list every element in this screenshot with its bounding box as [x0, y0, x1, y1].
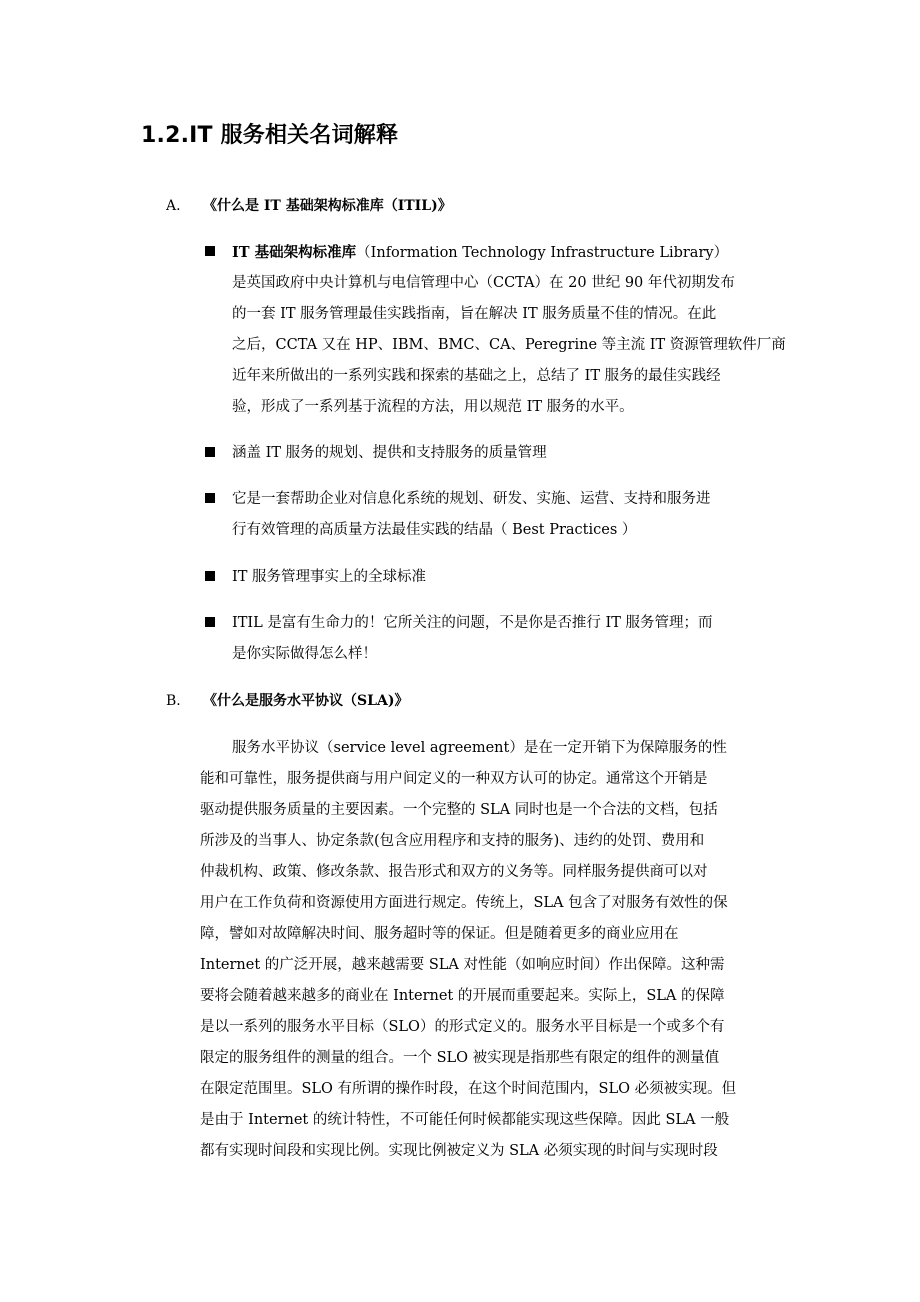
bullet-line: 的一套 IT 服务管理最佳实践指南，旨在解决 IT 服务质量不佳的情况。在此 — [232, 299, 786, 330]
bullet-line: 是英国政府中央计算机与电信管理中心（CCTA）在 20 世纪 90 年代初期发布 — [232, 268, 786, 299]
paragraph-line: 是由于 Internet 的统计特性，不可能任何时候都能实现这些保障。因此 SL… — [200, 1105, 736, 1136]
bullet-line: ITIL 是富有生命力的！它所关注的问题，不是你是否推行 IT 服务管理；而 — [232, 608, 712, 639]
paragraph-line: 用户在工作负荷和资源使用方面进行规定。传统上，SLA 包含了对服务有效性的保 — [200, 888, 736, 919]
paragraph-line: 是以一系列的服务水平目标（SLO）的形式定义的。服务水平目标是一个或多个有 — [200, 1012, 736, 1043]
paragraph-line: Internet 的广泛开展，越来越需要 SLA 对性能（如响应时间）作出保障。… — [200, 950, 736, 981]
paragraph-line: 服务水平协议（service level agreement）是在一定开销下为保… — [200, 733, 736, 764]
bullet-square-icon — [205, 617, 215, 627]
bullet-square-icon — [205, 571, 215, 581]
bullet-line: IT 基础架构标准库（Information Technology Infras… — [232, 237, 786, 268]
paragraph-line: 障，譬如对故障解决时间、服务超时等的保证。但是随着更多的商业应用在 — [200, 919, 736, 950]
paragraph-line: 所涉及的当事人、协定条款(包含应用程序和支持的服务)、违约的处罚、费用和 — [200, 826, 736, 857]
bullet-line: 它是一套帮助企业对信息化系统的规划、研发、实施、运营、支持和服务进 — [232, 484, 711, 515]
section-a-letter: A. — [166, 196, 203, 216]
section-a-title: A.《什么是 IT 基础架构标准库（ITIL)》 — [166, 196, 452, 216]
bullet-square-icon — [205, 493, 215, 503]
bullet-line: 近年来所做出的一系列实践和探索的基础之上，总结了 IT 服务的最佳实践经 — [232, 361, 786, 392]
paragraph-line: 仲裁机构、政策、修改条款、报告形式和双方的义务等。同样服务提供商可以对 — [200, 857, 736, 888]
bullet-line: IT 服务管理事实上的全球标准 — [232, 562, 426, 593]
paragraph-line: 要将会随着越来越多的商业在 Internet 的开展而重要起来。实际上，SLA … — [200, 981, 736, 1012]
section-a-title-text: 《什么是 IT 基础架构标准库（ITIL)》 — [203, 198, 452, 214]
paragraph-line: 在限定范围里。SLO 有所谓的操作时段，在这个时间范围内，SLO 必须被实现。但 — [200, 1074, 736, 1105]
bullet-line: 是你实际做得怎么样！ — [232, 639, 712, 670]
paragraph-line: 驱动提供服务质量的主要因素。一个完整的 SLA 同时也是一个合法的文档，包括 — [200, 795, 736, 826]
section-b-title-text: 《什么是服务水平协议（SLA)》 — [203, 693, 408, 709]
bullet-square-icon — [205, 447, 215, 457]
bullet-bold-prefix: IT 基础架构标准库 — [232, 244, 356, 261]
document-page: 1.2.IT 服务相关名词解释 A.《什么是 IT 基础架构标准库（ITIL)》… — [0, 0, 920, 1302]
section-b-letter: B. — [166, 691, 203, 711]
section-b-title: B.《什么是服务水平协议（SLA)》 — [166, 691, 408, 711]
paragraph-line: 都有实现时间段和实现比例。实现比例被定义为 SLA 必须实现的时间与实现时段 — [200, 1136, 736, 1167]
bullet-line: 之后，CCTA 又在 HP、IBM、BMC、CA、Peregrine 等主流 I… — [232, 330, 786, 361]
bullet-square-icon — [205, 246, 215, 256]
page-title: 1.2.IT 服务相关名词解释 — [141, 121, 398, 151]
bullet-line: 涵盖 IT 服务的规划、提供和支持服务的质量管理 — [232, 438, 547, 469]
sla-paragraph: 服务水平协议（service level agreement）是在一定开销下为保… — [200, 733, 736, 1167]
bullet-line-text: （Information Technology Infrastructure L… — [356, 245, 728, 261]
paragraph-line: 限定的服务组件的测量的组合。一个 SLO 被实现是指那些有限定的组件的测量值 — [200, 1043, 736, 1074]
paragraph-line: 能和可靠性，服务提供商与用户间定义的一种双方认可的协定。通常这个开销是 — [200, 764, 736, 795]
bullet-line: 行有效管理的高质量方法最佳实践的结晶（ Best Practices ） — [232, 515, 711, 546]
bullet-line: 验，形成了一系列基于流程的方法，用以规范 IT 服务的水平。 — [232, 392, 786, 423]
